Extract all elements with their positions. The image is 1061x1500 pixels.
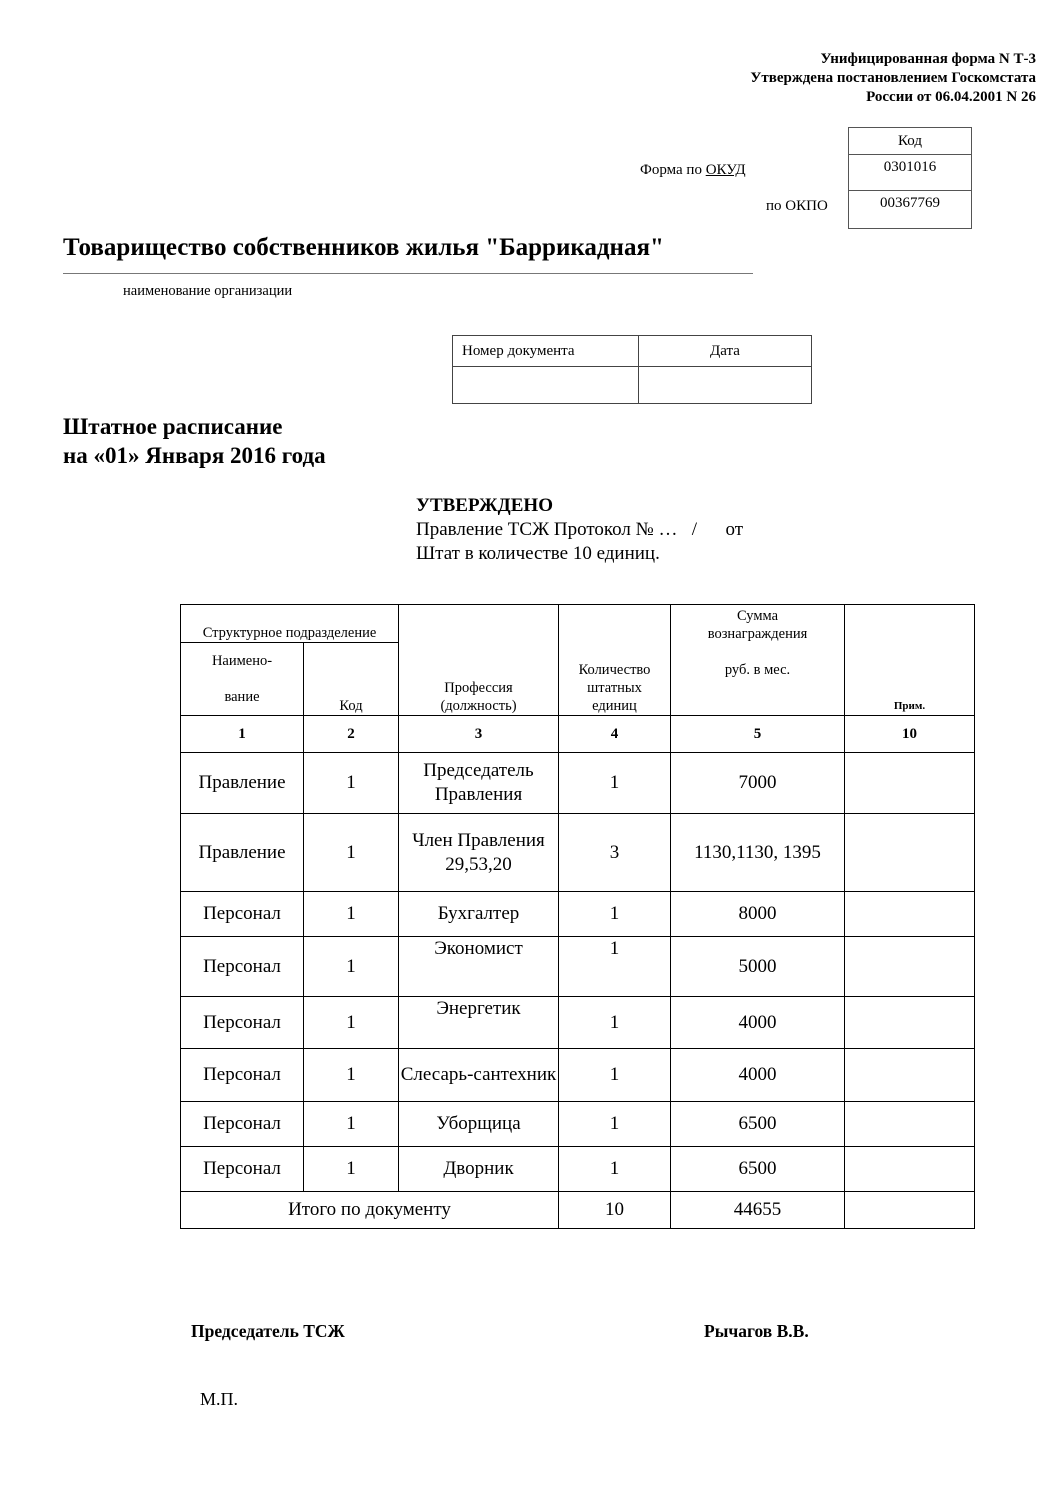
cell-division: Персонал xyxy=(181,1049,304,1102)
header-code: Код xyxy=(304,643,399,716)
cell-code: 1 xyxy=(304,1102,399,1147)
okpo-label: по ОКПО xyxy=(766,198,828,215)
approval-block: УТВЕРЖДЕНО Правление ТСЖ Протокол № … / … xyxy=(416,494,743,566)
cell-code: 1 xyxy=(304,937,399,997)
table-row: Персонал1Экономист15000 xyxy=(181,937,975,997)
cell-count: 1 xyxy=(559,997,671,1049)
cell-salary: 8000 xyxy=(671,892,845,937)
table-row: Персонал1Дворник16500 xyxy=(181,1147,975,1192)
total-count: 10 xyxy=(559,1192,671,1229)
cell-division: Персонал xyxy=(181,1147,304,1192)
staff-schedule-table: Структурное подразделение Профессия (дол… xyxy=(180,604,975,1229)
header-note: Прим. xyxy=(845,605,975,716)
cell-profession: Председатель Правления xyxy=(399,753,559,814)
code-header: Код xyxy=(849,128,972,155)
table-row: Правление1Член Правления 29,53,2031130,1… xyxy=(181,814,975,892)
cell-salary: 4000 xyxy=(671,1049,845,1102)
cell-note xyxy=(845,892,975,937)
cell-code: 1 xyxy=(304,1147,399,1192)
cell-division: Персонал xyxy=(181,892,304,937)
cell-division: Правление xyxy=(181,814,304,892)
total-salary: 44655 xyxy=(671,1192,845,1229)
cell-count: 3 xyxy=(559,814,671,892)
okud-label: Форма по ОКУД xyxy=(640,162,746,179)
cell-note xyxy=(845,1049,975,1102)
approval-staff-count: Штат в количестве 10 единиц. xyxy=(416,542,743,566)
cell-salary: 6500 xyxy=(671,1102,845,1147)
header-count: Количество штатных единиц xyxy=(559,605,671,716)
document-date-value xyxy=(639,367,812,404)
table-row: Персонал1Бухгалтер18000 xyxy=(181,892,975,937)
cell-code: 1 xyxy=(304,892,399,937)
organization-underline xyxy=(63,273,753,274)
signature-position: Председатель ТСЖ xyxy=(191,1321,345,1342)
cell-profession: Экономист xyxy=(399,937,559,997)
approval-date-line: России от 06.04.2001 N 26 xyxy=(750,88,1036,107)
cell-code: 1 xyxy=(304,1049,399,1102)
header-salary: Сумма вознаграждения руб. в мес. xyxy=(671,605,845,716)
cell-code: 1 xyxy=(304,814,399,892)
cell-count: 1 xyxy=(559,1049,671,1102)
cell-count: 1 xyxy=(559,1147,671,1192)
cell-division: Персонал xyxy=(181,997,304,1049)
table-row: Персонал1Энергетик14000 xyxy=(181,997,975,1049)
stamp-placeholder: М.П. xyxy=(200,1389,238,1410)
code-table: Код 0301016 00367769 xyxy=(848,127,972,229)
approval-line: Утверждена постановлением Госкомстата xyxy=(750,69,1036,88)
form-code-line: Унифицированная форма N Т-3 xyxy=(750,50,1036,69)
document-number-value xyxy=(453,367,639,404)
organization-name: Товарищество собственников жилья "Баррик… xyxy=(63,234,664,262)
form-approval-header: Унифицированная форма N Т-3 Утверждена п… xyxy=(750,50,1036,107)
okud-link: ОКУД xyxy=(706,162,746,178)
total-row: Итого по документу 10 44655 xyxy=(181,1192,975,1229)
cell-salary: 6500 xyxy=(671,1147,845,1192)
cell-salary: 1130,1130, 1395 xyxy=(671,814,845,892)
cell-code: 1 xyxy=(304,997,399,1049)
cell-profession: Дворник xyxy=(399,1147,559,1192)
header-profession: Профессия (должность) xyxy=(399,605,559,716)
cell-profession: Слесарь-сантехник xyxy=(399,1049,559,1102)
header-division: Структурное подразделение xyxy=(181,605,399,643)
okpo-value: 00367769 xyxy=(849,191,972,229)
cell-division: Правление xyxy=(181,753,304,814)
table-row: Персонал1Слесарь-сантехник14000 xyxy=(181,1049,975,1102)
cell-salary: 4000 xyxy=(671,997,845,1049)
cell-note xyxy=(845,1102,975,1147)
document-number-table: Номер документа Дата xyxy=(452,335,812,404)
header-name: Наимено- вание xyxy=(181,643,304,716)
document-title: Штатное расписание на «01» Января 2016 г… xyxy=(63,412,326,470)
cell-count: 1 xyxy=(559,753,671,814)
cell-profession: Энергетик xyxy=(399,997,559,1049)
approval-protocol: Правление ТСЖ Протокол № … / от xyxy=(416,518,743,542)
document-number-label: Номер документа xyxy=(453,336,639,367)
cell-note xyxy=(845,753,975,814)
cell-profession: Бухгалтер xyxy=(399,892,559,937)
total-note xyxy=(845,1192,975,1229)
cell-code: 1 xyxy=(304,753,399,814)
approval-heading: УТВЕРЖДЕНО xyxy=(416,494,743,518)
signature-name: Рычагов В.В. xyxy=(704,1321,809,1342)
cell-division: Персонал xyxy=(181,1102,304,1147)
column-numbers-row: 1 2 3 4 5 10 xyxy=(181,716,975,753)
cell-note xyxy=(845,1147,975,1192)
document-date-label: Дата xyxy=(639,336,812,367)
cell-profession: Уборщица xyxy=(399,1102,559,1147)
total-label: Итого по документу xyxy=(181,1192,559,1229)
cell-division: Персонал xyxy=(181,937,304,997)
cell-note xyxy=(845,814,975,892)
cell-note xyxy=(845,997,975,1049)
cell-count: 1 xyxy=(559,1102,671,1147)
table-row: Персонал1Уборщица16500 xyxy=(181,1102,975,1147)
okud-value: 0301016 xyxy=(849,155,972,191)
cell-salary: 5000 xyxy=(671,937,845,997)
cell-salary: 7000 xyxy=(671,753,845,814)
cell-note xyxy=(845,937,975,997)
cell-count: 1 xyxy=(559,892,671,937)
table-row: Правление1Председатель Правления17000 xyxy=(181,753,975,814)
cell-profession: Член Правления 29,53,20 xyxy=(399,814,559,892)
organization-caption: наименование организации xyxy=(123,283,292,300)
cell-count: 1 xyxy=(559,937,671,997)
